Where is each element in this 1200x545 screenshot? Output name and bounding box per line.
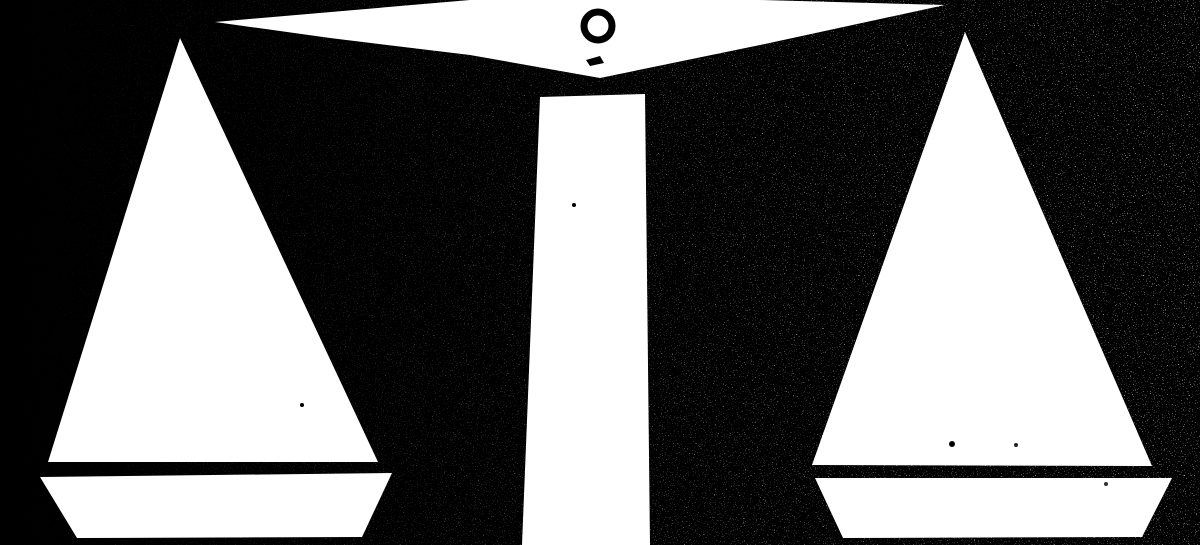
- speck: [1014, 443, 1018, 447]
- balance-scale-illustration: [0, 0, 1200, 545]
- speck: [1104, 482, 1108, 486]
- scale-svg: [0, 0, 1200, 545]
- left-pan-dish: [40, 473, 392, 538]
- scale-pillar: [522, 94, 650, 545]
- right-pan-dish: [815, 478, 1172, 538]
- speck: [572, 203, 576, 207]
- speck: [949, 441, 955, 447]
- speck: [300, 403, 304, 407]
